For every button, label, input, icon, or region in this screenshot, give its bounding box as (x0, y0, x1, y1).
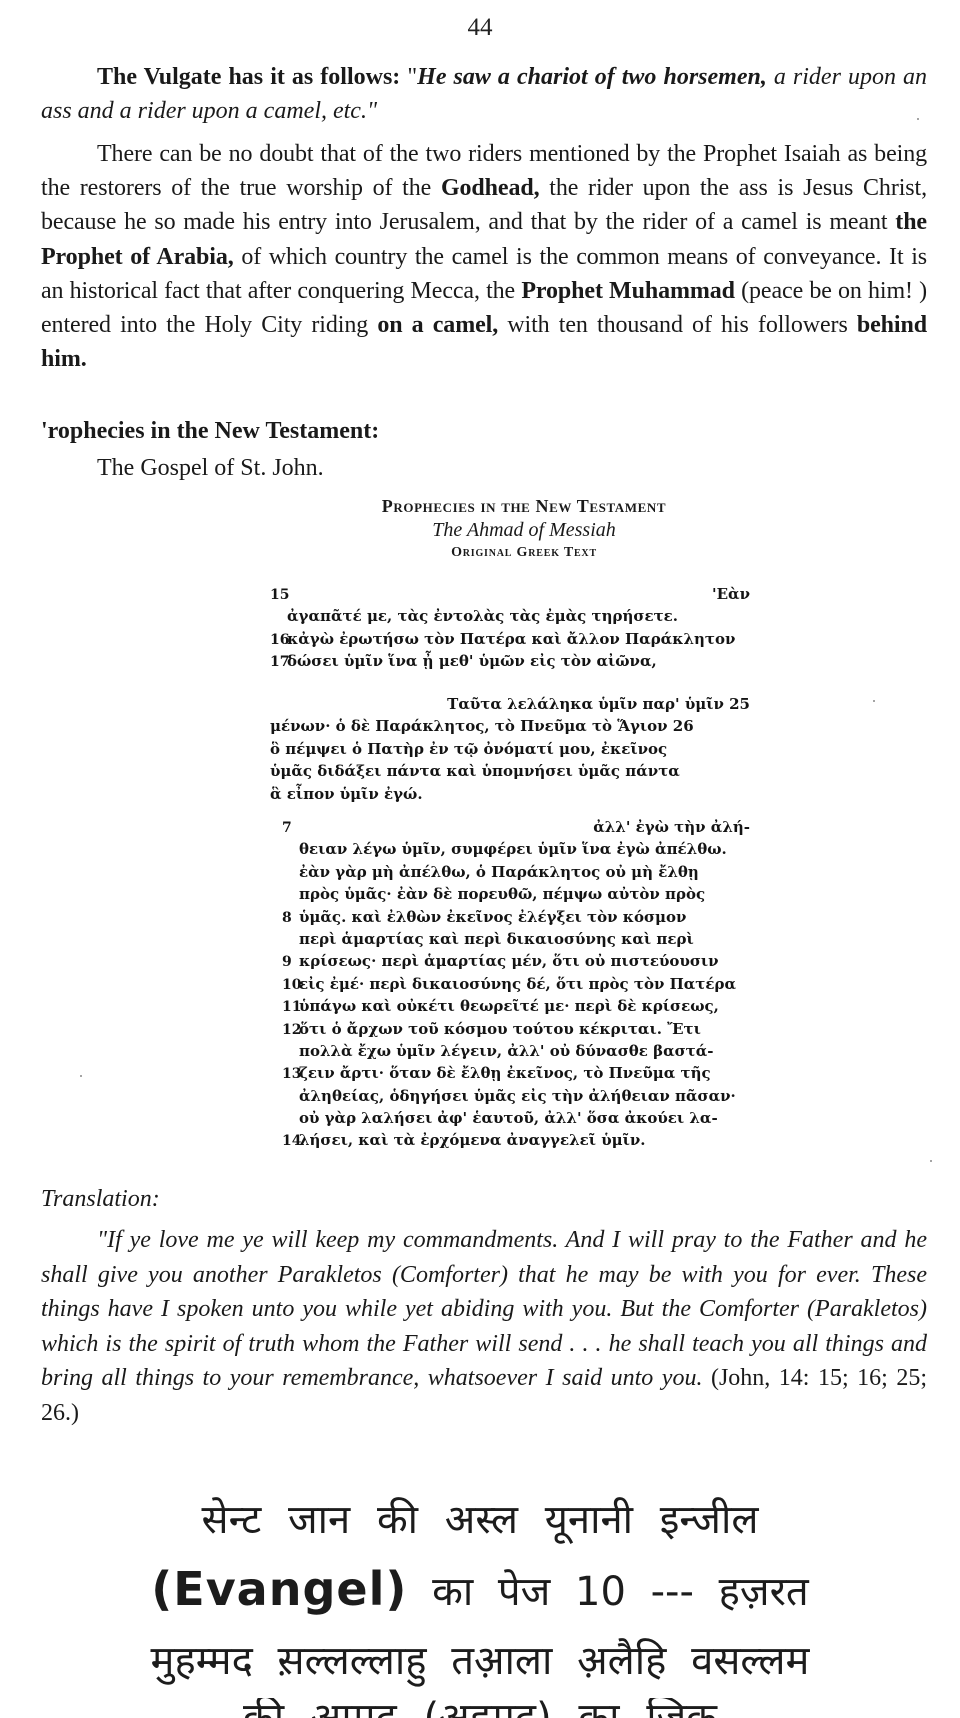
riders-bold: on a camel, (377, 312, 498, 338)
greek-text: ὃ πέμψει ὁ Πατὴρ ἐν τῷ ὀνόματί μου, ἐκεῖ… (270, 740, 667, 758)
greek-text: οὐ γὰρ λαλήσει ἀφ' ἑαυτοῦ, ἀλλ' ὅσα ἀκού… (299, 1109, 718, 1127)
greek-line: 7ἀλλ' ἐγὼ τὴν ἀλή- (282, 816, 750, 838)
greek-line: θειαν λέγω ὑμῖν, συμφέρει ὑμῖν ἵνα ἐγὼ ἀ… (282, 838, 750, 860)
vulgate-lead: The Vulgate has it as follows: (97, 64, 400, 90)
scan-speck (917, 118, 919, 120)
page-number: 44 (0, 14, 960, 42)
greek-line: 13ζειν ἄρτι· ὅταν δὲ ἔλθῃ ἐκεῖνος, τὸ Πν… (282, 1062, 750, 1084)
greek-line: ἃ εἶπον ὑμῖν ἐγώ. (270, 783, 750, 805)
greek-text: θειαν λέγω ὑμῖν, συμφέρει ὑμῖν ἵνα ἐγὼ ἀ… (299, 840, 727, 858)
greek-text: ἀγαπᾶτέ με, τὰς ἐντολὰς τὰς ἐμὰς τηρήσετ… (287, 607, 678, 625)
verse-number: 14 (282, 1130, 299, 1152)
inset-subtitle: The Ahmad of Messiah (288, 519, 760, 542)
hindi-caption-line-4-cropped: की आमद (अहमद) का ज़िक्र (0, 1698, 960, 1718)
translation-label: Translation: (41, 1186, 160, 1213)
greek-block-2: Ταῦτα λελάληκα ὑμῖν παρ' ὑμῖν 25 μένων· … (270, 693, 750, 805)
verse-number: 9 (282, 951, 299, 973)
scan-speck (80, 1075, 82, 1077)
greek-line: ὑμᾶς διδάξει πάντα καὶ ὑπομνήσει ὑμᾶς πά… (270, 760, 750, 782)
greek-line: οὐ γὰρ λαλήσει ἀφ' ἑαυτοῦ, ἀλλ' ὅσα ἀκού… (282, 1107, 750, 1129)
greek-text-right: Ταῦτα λελάληκα ὑμῖν παρ' ὑμῖν 25 (447, 693, 750, 715)
greek-text: κἀγὼ ἐρωτήσω τὸν Πατέρα καὶ ἄλλον Παράκλ… (287, 630, 735, 648)
greek-text: δώσει ὑμῖν ἵνα ᾖ μεθ' ὑμῶν εἰς τὸν αἰῶνα… (287, 652, 657, 670)
greek-text: κρίσεως· περὶ ἁμαρτίας μέν, ὅτι οὐ πιστε… (299, 952, 719, 970)
inset-title: Prophecies in the New Testament (288, 496, 760, 517)
greek-inset-header: Prophecies in the New Testament The Ahma… (270, 496, 760, 561)
verse-number: 8 (282, 907, 299, 929)
hindi-caption-text: का पेज 10 --- हज़रत (407, 1569, 808, 1615)
evangel-word: (Evangel) (151, 1562, 407, 1616)
greek-line: 15'Εὰν (270, 583, 750, 605)
greek-line: πολλὰ ἔχω ὑμῖν λέγειν, ἀλλ' οὐ δύνασθε β… (282, 1040, 750, 1062)
greek-block-1: 15'Εὰν ἀγαπᾶτέ με, τὰς ἐντολὰς τὰς ἐμὰς … (270, 583, 750, 673)
greek-line: πρὸς ὑμᾶς· ἐὰν δὲ πορευθῶ, πέμψω αὐτὸν π… (282, 883, 750, 905)
riders-text: with ten thousand of his followers (498, 312, 857, 338)
greek-text-right: 'Εὰν (712, 583, 750, 605)
greek-line: 14λήσει, καὶ τὰ ἐρχόμενα ἀναγγελεῖ ὑμῖν. (282, 1129, 750, 1151)
verse-number: 17 (270, 651, 287, 673)
greek-line: περὶ ἁμαρτίας καὶ περὶ δικαιοσύνης καὶ π… (282, 928, 750, 950)
greek-text: ὅτι ὁ ἄρχων τοῦ κόσμου τούτου κέκριται. … (299, 1020, 701, 1038)
greek-line: ἀληθείας, ὁδηγήσει ὑμᾶς εἰς τὴν ἀλήθειαν… (282, 1085, 750, 1107)
hindi-caption-line-1: सेन्ट जान की अस्ल यूनानी इन्जील (0, 1490, 960, 1545)
greek-text: εἰς ἐμέ· περὶ δικαιοσύνης δέ, ὅτι πρὸς τ… (299, 975, 736, 993)
verse-number: 15 (270, 584, 287, 606)
vulgate-paragraph: The Vulgate has it as follows: "He saw a… (41, 60, 927, 128)
scan-speck (873, 700, 875, 702)
greek-line: 12ὅτι ὁ ἄρχων τοῦ κόσμου τούτου κέκριται… (282, 1018, 750, 1040)
greek-line: 11ὑπάγω καὶ οὐκέτι θεωρεῖτέ με· περὶ δὲ … (282, 995, 750, 1017)
quote-open: " (400, 64, 417, 90)
greek-text: μένων· ὁ δὲ Παράκλητος, τὸ Πνεῦμα τὸ Ἅγι… (270, 717, 694, 735)
riders-bold: Godhead, (441, 175, 540, 201)
verse-number: 11 (282, 996, 299, 1018)
greek-line: ἀγαπᾶτέ με, τὰς ἐντολὰς τὰς ἐμὰς τηρήσετ… (270, 605, 750, 627)
greek-line: 8ὑμᾶς. καὶ ἐλθὼν ἐκεῖνος ἐλέγξει τὸν κόσ… (282, 906, 750, 928)
scan-speck (930, 1160, 932, 1162)
greek-text: ἀληθείας, ὁδηγήσει ὑμᾶς εἰς τὴν ἀλήθειαν… (299, 1087, 736, 1105)
greek-text-right: ἀλλ' ἐγὼ τὴν ἀλή- (593, 816, 750, 838)
section-heading: 'rophecies in the New Testament: (41, 418, 379, 445)
verse-number: 7 (282, 817, 299, 839)
greek-text: ζειν ἄρτι· ὅταν δὲ ἔλθῃ ἐκεῖνος, τὸ Πνεῦ… (299, 1064, 711, 1082)
greek-line: Ταῦτα λελάληκα ὑμῖν παρ' ὑμῖν 25 (270, 693, 750, 715)
hindi-caption-line-3: मुहम्मद स़ल्लल्लाहु तआ़ला अ़लैहि वसल्लम (0, 1631, 960, 1686)
translation-paragraph: "If ye love me ye will keep my commandme… (41, 1223, 927, 1431)
greek-text: λήσει, καὶ τὰ ἐρχόμενα ἀναγγελεῖ ὑμῖν. (299, 1131, 645, 1149)
vulgate-quote-bold: He saw a chariot of two horsemen, (417, 64, 767, 90)
greek-text: πολλὰ ἔχω ὑμῖν λέγειν, ἀλλ' οὐ δύνασθε β… (299, 1042, 714, 1060)
greek-text: ὑπάγω καὶ οὐκέτι θεωρεῖτέ με· περὶ δὲ κρ… (299, 997, 719, 1015)
greek-line: 16κἀγὼ ἐρωτήσω τὸν Πατέρα καὶ ἄλλον Παρά… (270, 628, 750, 650)
inset-label: Original Greek Text (288, 545, 760, 561)
greek-text: ἐὰν γὰρ μὴ ἀπέλθω, ὁ Παράκλητος οὐ μὴ ἔλ… (299, 863, 699, 881)
riders-paragraph: There can be no doubt that of the two ri… (41, 137, 927, 376)
greek-line: 10εἰς ἐμέ· περὶ δικαιοσύνης δέ, ὅτι πρὸς… (282, 973, 750, 995)
verse-number: 13 (282, 1063, 299, 1085)
greek-block-3: 7ἀλλ' ἐγὼ τὴν ἀλή- θειαν λέγω ὑμῖν, συμφ… (282, 816, 750, 1152)
greek-line: ἐὰν γὰρ μὴ ἀπέλθω, ὁ Παράκλητος οὐ μὴ ἔλ… (282, 861, 750, 883)
greek-text: περὶ ἁμαρτίας καὶ περὶ δικαιοσύνης καὶ π… (299, 930, 694, 948)
greek-line: 9κρίσεως· περὶ ἁμαρτίας μέν, ὅτι οὐ πιστ… (282, 950, 750, 972)
hindi-caption-line-2: (Evangel) का पेज 10 --- हज़रत (0, 1562, 960, 1617)
greek-text: ὑμᾶς διδάξει πάντα καὶ ὑπομνήσει ὑμᾶς πά… (270, 762, 680, 780)
gospel-subheading: The Gospel of St. John. (97, 455, 324, 482)
verse-number: 16 (270, 629, 287, 651)
verse-number: 12 (282, 1019, 299, 1041)
greek-line: μένων· ὁ δὲ Παράκλητος, τὸ Πνεῦμα τὸ Ἅγι… (270, 715, 750, 737)
verse-number: 10 (282, 974, 299, 996)
greek-text: ὑμᾶς. καὶ ἐλθὼν ἐκεῖνος ἐλέγξει τὸν κόσμ… (299, 908, 686, 926)
scanned-book-page: 44 The Vulgate has it as follows: "He sa… (0, 0, 960, 1718)
greek-line: 17δώσει ὑμῖν ἵνα ᾖ μεθ' ὑμῶν εἰς τὸν αἰῶ… (270, 650, 750, 672)
greek-line: ὃ πέμψει ὁ Πατὴρ ἐν τῷ ὀνόματί μου, ἐκεῖ… (270, 738, 750, 760)
greek-text: πρὸς ὑμᾶς· ἐὰν δὲ πορευθῶ, πέμψω αὐτὸν π… (299, 885, 705, 903)
greek-text: ἃ εἶπον ὑμῖν ἐγώ. (270, 785, 423, 803)
riders-bold: Prophet Muhammad (521, 278, 735, 304)
